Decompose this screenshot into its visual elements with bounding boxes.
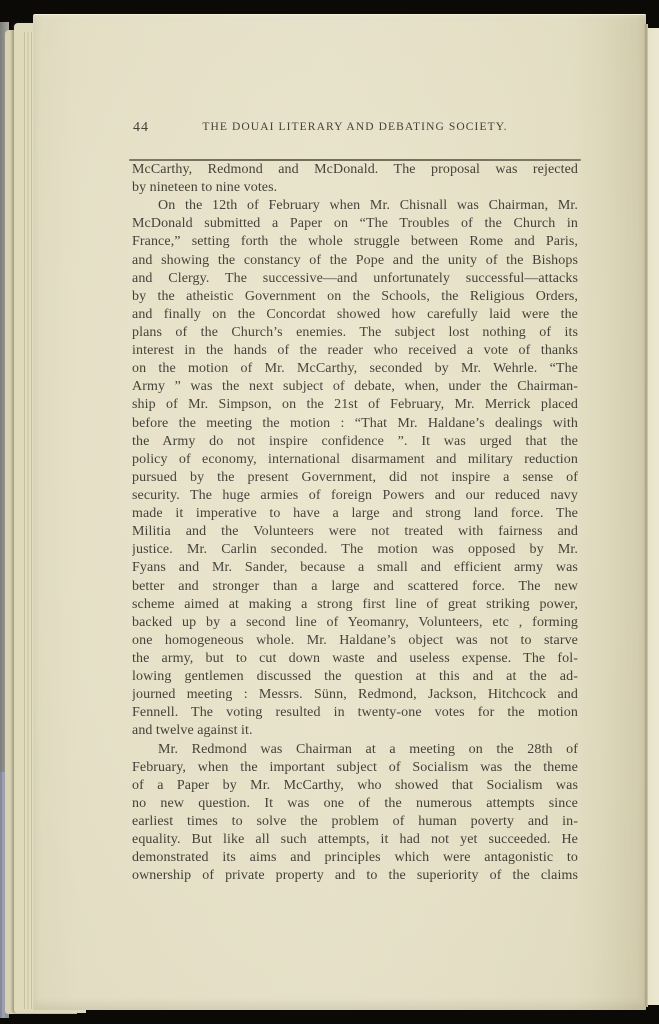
text-line: security. The huge armies of foreign Pow… bbox=[132, 487, 578, 505]
text-line: interest in the hands of the reader who … bbox=[132, 342, 578, 360]
text-line: the Army do not inspire confidence ”. It… bbox=[132, 433, 578, 451]
text-line: France,” setting forth the whole struggl… bbox=[132, 233, 578, 251]
text-line: Fennell. The voting resulted in twenty-o… bbox=[132, 704, 578, 722]
book-page: 44 THE DOUAI LITERARY AND DEBATING SOCIE… bbox=[33, 14, 646, 1010]
text-line: Fyans and Mr. Sander, because a small an… bbox=[132, 559, 578, 577]
text-line: better and stronger than a large and sca… bbox=[132, 578, 578, 596]
text-line: of a Paper by Mr. McCarthy, who showed t… bbox=[132, 777, 578, 795]
text-line: scheme aimed at making a strong first li… bbox=[132, 596, 578, 614]
text-line: Mr. Redmond was Chairman at a meeting on… bbox=[132, 741, 578, 759]
text-line: made it imperative to have a large and s… bbox=[132, 505, 578, 523]
next-page-sliver bbox=[648, 28, 659, 1005]
text-line: the army, but to cut down waste and usel… bbox=[132, 650, 578, 668]
text-line: plans of the Church’s enemies. The subje… bbox=[132, 324, 578, 342]
text-line: and twelve against it. bbox=[132, 722, 578, 740]
text-line: pursued by the present Government, did n… bbox=[132, 469, 578, 487]
text-line: equality. But like all such attempts, it… bbox=[132, 831, 578, 849]
running-title: THE DOUAI LITERARY AND DEBATING SOCIETY. bbox=[132, 118, 578, 133]
text-line: Army ” was the next subject of debate, w… bbox=[132, 378, 578, 396]
text-line: Militia and the Volunteers were not trea… bbox=[132, 523, 578, 541]
text-line: and Clergy. The successive—and unfortuna… bbox=[132, 270, 578, 288]
text-line: On the 12th of February when Mr. Chisnal… bbox=[132, 197, 578, 215]
text-line: on the motion of Mr. McCarthy, seconded … bbox=[132, 360, 578, 378]
page-number: 44 bbox=[133, 120, 149, 136]
text-line: McCarthy, Redmond and McDonald. The prop… bbox=[132, 161, 578, 179]
text-line: February, when the important subject of … bbox=[132, 759, 578, 777]
text-line: journed meeting : Messrs. Sünn, Redmond,… bbox=[132, 686, 578, 704]
text-line: and finally on the Concordat showed how … bbox=[132, 306, 578, 324]
text-line: earliest times to solve the problem of h… bbox=[132, 813, 578, 831]
text-line: no new question. It was one of the numer… bbox=[132, 795, 578, 813]
body-text: McCarthy, Redmond and McDonald. The prop… bbox=[132, 161, 578, 885]
text-line: demonstrated its aims and principles whi… bbox=[132, 849, 578, 867]
scanned-book-photo: 44 THE DOUAI LITERARY AND DEBATING SOCIE… bbox=[0, 0, 659, 1024]
page-header: 44 THE DOUAI LITERARY AND DEBATING SOCIE… bbox=[132, 118, 578, 136]
text-line: justice. Mr. Carlin seconded. The motion… bbox=[132, 541, 578, 559]
text-line: one homogeneous whole. Mr. Haldane’s obj… bbox=[132, 632, 578, 650]
text-line: ship of Mr. Simpson, on the 21st of Febr… bbox=[132, 396, 578, 414]
text-line: and showing the constancy of the Pope an… bbox=[132, 252, 578, 270]
text-line: before the meeting the motion : “That Mr… bbox=[132, 415, 578, 433]
text-line: policy of economy, international disarma… bbox=[132, 451, 578, 469]
text-line: McDonald submitted a Paper on “The Troub… bbox=[132, 215, 578, 233]
text-line: backed up by a second line of Yeomanry, … bbox=[132, 614, 578, 632]
text-line: lowing gentlemen discussed the question … bbox=[132, 668, 578, 686]
text-line: ownership of private property and to the… bbox=[132, 867, 578, 885]
text-line: by the atheistic Government on the Schoo… bbox=[132, 288, 578, 306]
text-line: by nineteen to nine votes. bbox=[132, 179, 578, 197]
